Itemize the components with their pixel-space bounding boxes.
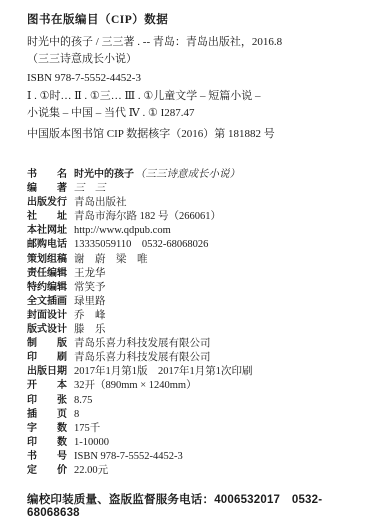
colophon-row-printer: 印刷 青岛乐喜力科技发展有限公司 bbox=[27, 348, 357, 362]
responsible-editor-value: 王龙华 bbox=[74, 265, 106, 280]
cip-header: 图书在版编目（CIP）数据 bbox=[27, 14, 357, 27]
colophon-row-author: 编著 三 三 bbox=[27, 179, 357, 193]
colophon-row-sheets: 印张 8.75 bbox=[27, 391, 357, 405]
cover-designer-value: 乔 峰 bbox=[74, 307, 106, 322]
author-value: 三 三 bbox=[74, 180, 106, 195]
colophon-row-price: 定价 22.00元 bbox=[27, 461, 357, 475]
colophon-row-cover-designer: 封面设计 乔 峰 bbox=[27, 306, 357, 320]
printer-value: 青岛乐喜力科技发展有限公司 bbox=[74, 349, 211, 364]
book-series-value: （三三诗意成长小说） bbox=[135, 166, 240, 181]
colophon-row-inserts: 插页 8 bbox=[27, 405, 357, 419]
publish-date-value: 2017年1月第1版 2017年1月第1次印刷 bbox=[74, 363, 253, 378]
cip-classification-line2: 小说集 – 中国 – 当代 Ⅳ . ① I287.47 bbox=[27, 106, 357, 122]
colophon-row-mailorder-phone: 邮购电话 13335059110 0532-68068026 bbox=[27, 235, 357, 249]
cip-isbn-line: ISBN 978-7-5552-4452-3 bbox=[27, 70, 357, 87]
print-run-value: 1-10000 bbox=[74, 437, 109, 448]
sheets-value: 8.75 bbox=[74, 395, 92, 406]
row-label: 插页 bbox=[27, 405, 67, 420]
cip-description-line2: （三三诗意成长小说） bbox=[27, 51, 357, 68]
row-label: 出版日期 bbox=[27, 362, 67, 377]
address-value: 青岛市海尔路 182 号（266061） bbox=[74, 208, 221, 223]
layout-designer-value: 滕 乐 bbox=[74, 321, 106, 336]
row-label: 责任编辑 bbox=[27, 264, 67, 279]
row-label: 印数 bbox=[27, 433, 67, 448]
row-label: 出版发行 bbox=[27, 193, 67, 208]
colophon-row-format: 开本 32开（890mm × 1240mm） bbox=[27, 376, 357, 390]
colophon-row-publish-date: 出版日期 2017年1月第1版 2017年1月第1次印刷 bbox=[27, 362, 357, 376]
mailorder-phone-value: 13335059110 0532-68068026 bbox=[74, 236, 208, 251]
planning-editors-value: 谢 蔚 梁 唯 bbox=[74, 251, 148, 266]
row-label: 定价 bbox=[27, 461, 67, 476]
row-label: 印刷 bbox=[27, 348, 67, 363]
row-label: 全文插画 bbox=[27, 292, 67, 307]
row-label: 本社网址 bbox=[27, 221, 67, 236]
copyright-page: 图书在版编目（CIP）数据 时光中的孩子 / 三三著 . -- 青岛：青岛出版社… bbox=[0, 0, 375, 523]
special-editor-value: 常笑予 bbox=[74, 279, 106, 294]
colophon-row-book-title: 书名 时光中的孩子 （三三诗意成长小说） bbox=[27, 165, 357, 179]
row-label: 编著 bbox=[27, 179, 67, 194]
colophon-table: 书名 时光中的孩子 （三三诗意成长小说） 编著 三 三 出版发行 青岛出版社 社… bbox=[27, 165, 357, 475]
colophon-row-print-run: 印数 1-10000 bbox=[27, 433, 357, 447]
row-label: 社址 bbox=[27, 207, 67, 222]
website-value: http://www.qdpub.com bbox=[74, 225, 171, 236]
colophon-row-planning-editors: 策划组稿 谢 蔚 梁 唯 bbox=[27, 250, 357, 264]
row-label: 版式设计 bbox=[27, 320, 67, 335]
format-value: 32开（890mm × 1240mm） bbox=[74, 377, 197, 392]
cip-record-line: 中国版本图书馆 CIP 数据核字（2016）第 181882 号 bbox=[27, 126, 357, 143]
isbn-value: ISBN 978-7-5552-4452-3 bbox=[74, 451, 183, 462]
row-label: 书号 bbox=[27, 447, 67, 462]
colophon-row-layout-designer: 版式设计 滕 乐 bbox=[27, 320, 357, 334]
colophon-row-illustrator: 全文插画 琭里路 bbox=[27, 292, 357, 306]
price-value: 22.00元 bbox=[74, 462, 108, 477]
colophon-row-website: 本社网址 http://www.qdpub.com bbox=[27, 221, 357, 235]
colophon-row-address: 社址 青岛市海尔路 182 号（266061） bbox=[27, 207, 357, 221]
row-label: 策划组稿 bbox=[27, 250, 67, 265]
illustrator-value: 琭里路 bbox=[74, 293, 106, 308]
row-label: 特约编辑 bbox=[27, 278, 67, 293]
cip-block: 图书在版编目（CIP）数据 时光中的孩子 / 三三著 . -- 青岛：青岛出版社… bbox=[27, 14, 357, 142]
colophon-row-word-count: 字数 175千 bbox=[27, 419, 357, 433]
row-label: 开本 bbox=[27, 376, 67, 391]
row-label: 邮购电话 bbox=[27, 235, 67, 250]
colophon-row-isbn: 书号 ISBN 978-7-5552-4452-3 bbox=[27, 447, 357, 461]
row-label: 字数 bbox=[27, 419, 67, 434]
word-count-value: 175千 bbox=[74, 420, 100, 435]
row-label: 制版 bbox=[27, 334, 67, 349]
colophon-row-special-editor: 特约编辑 常笑予 bbox=[27, 278, 357, 292]
cip-description-line1: 时光中的孩子 / 三三著 . -- 青岛：青岛出版社，2016.8 bbox=[27, 34, 357, 51]
publisher-value: 青岛出版社 bbox=[74, 194, 127, 209]
inserts-value: 8 bbox=[74, 409, 79, 420]
row-label: 封面设计 bbox=[27, 306, 67, 321]
cip-classification-line1: Ⅰ . ①时… Ⅱ . ①三… Ⅲ . ①儿童文学 – 短篇小说 – bbox=[27, 89, 357, 105]
platemaking-value: 青岛乐喜力科技发展有限公司 bbox=[74, 335, 211, 350]
row-label: 书名 bbox=[27, 165, 67, 180]
colophon-row-publisher: 出版发行 青岛出版社 bbox=[27, 193, 357, 207]
book-title-value: 时光中的孩子 bbox=[74, 165, 134, 180]
colophon-row-responsible-editor: 责任编辑 王龙华 bbox=[27, 264, 357, 278]
quality-service-phone-line: 编校印装质量、盗版监督服务电话：4006532017 0532-68068638 bbox=[27, 491, 357, 519]
colophon-row-platemaking: 制版 青岛乐喜力科技发展有限公司 bbox=[27, 334, 357, 348]
row-label: 印张 bbox=[27, 391, 67, 406]
